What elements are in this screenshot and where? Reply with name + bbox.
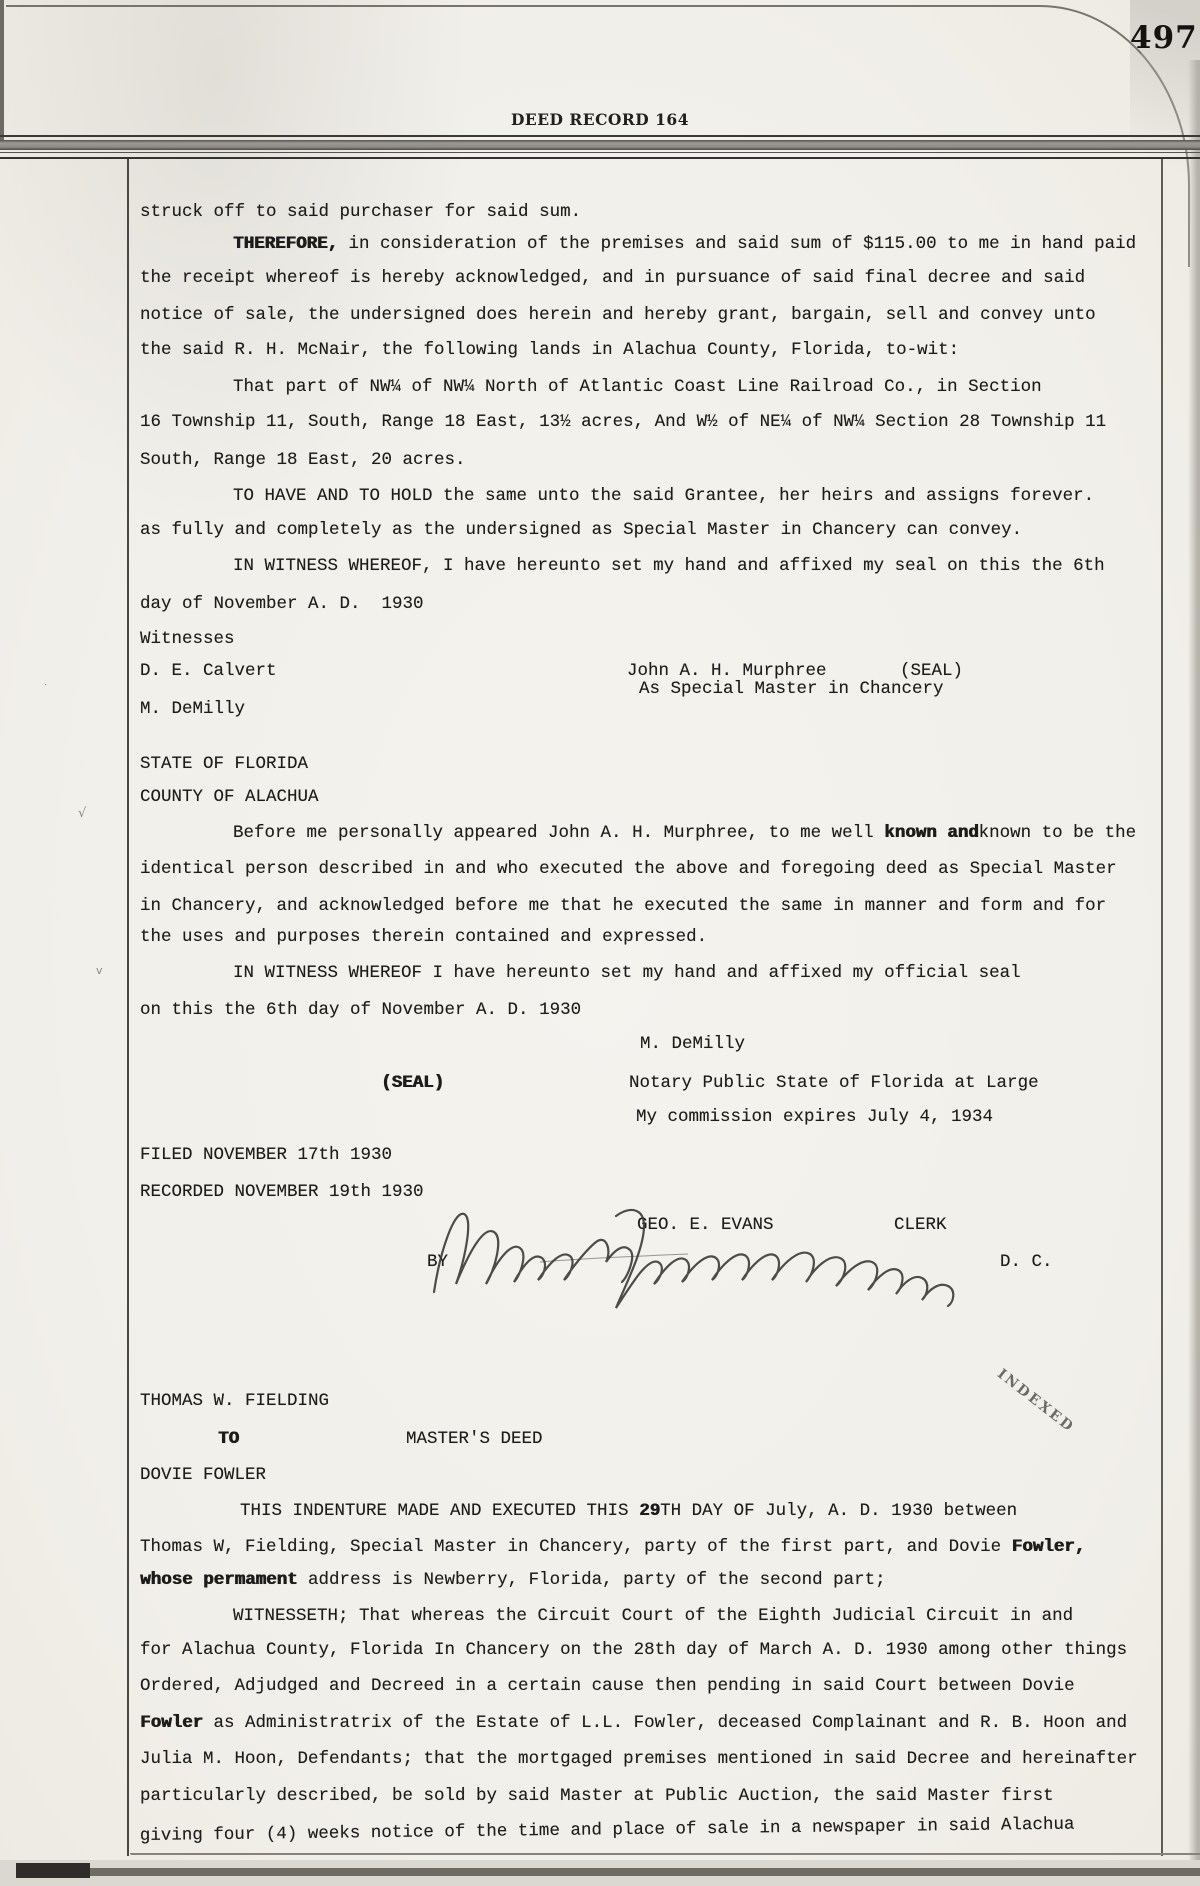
line-text: as Administratrix of the Estate of L.L. … xyxy=(203,1713,1127,1733)
grantee-name: DOVIE FOWLER xyxy=(140,1463,266,1487)
state-caption: STATE OF FLORIDA xyxy=(140,752,308,776)
line-text: known to be the xyxy=(979,823,1137,843)
notary-line: IN WITNESS WHEREOF I have hereunto set m… xyxy=(233,961,1021,985)
bold-word: THEREFORE, xyxy=(233,234,338,254)
notary-line: in Chancery, and acknowledged before me … xyxy=(140,894,1106,918)
page-right-edge xyxy=(1188,60,1200,1880)
deed-record-page: 497 DEED RECORD 164 struck off to said p… xyxy=(0,0,1200,1886)
line-text: Thomas W, Fielding, Special Master in Ch… xyxy=(140,1537,1012,1557)
bold-word: 29 xyxy=(639,1501,660,1521)
grantor-name: THOMAS W. FIELDING xyxy=(140,1389,329,1413)
deed-line: the said R. H. McNair, the following lan… xyxy=(140,338,959,362)
deed-line: the receipt whereof is hereby acknowledg… xyxy=(140,266,1085,290)
deed2-line: Ordered, Adjudged and Decreed in a certa… xyxy=(140,1674,1075,1698)
recorded-date: RECORDED NOVEMBER 19th 1930 xyxy=(140,1180,424,1204)
scan-bottom-rule xyxy=(90,1868,1200,1876)
scan-bottom-smudge xyxy=(16,1863,90,1878)
page-bottom-edge xyxy=(130,1853,1200,1855)
to-label: TO xyxy=(218,1427,239,1451)
indexed-stamp: INDEXED xyxy=(994,1366,1077,1436)
line-text: Before me personally appeared John A. H.… xyxy=(233,823,884,843)
deed2-line: Julia M. Hoon, Defendants; that the mort… xyxy=(140,1747,1138,1771)
notary-title: Notary Public State of Florida at Large xyxy=(629,1071,1039,1095)
line-text: TH DAY OF July, A. D. 1930 between xyxy=(660,1501,1017,1521)
header-rule xyxy=(0,152,1200,153)
bold-word: Fowler, xyxy=(1012,1537,1086,1557)
deed-line: 16 Township 11, South, Range 18 East, 13… xyxy=(140,410,1106,434)
filed-date: FILED NOVEMBER 17th 1930 xyxy=(140,1143,392,1167)
deed2-line: Thomas W, Fielding, Special Master in Ch… xyxy=(140,1535,1085,1559)
margin-mark: √ xyxy=(78,806,86,821)
deed2-line: THIS INDENTURE MADE AND EXECUTED THIS 29… xyxy=(240,1499,1017,1523)
notary-line: Before me personally appeared John A. H.… xyxy=(233,821,1136,845)
county-caption: COUNTY OF ALACHUA xyxy=(140,785,319,809)
deed-line: struck off to said purchaser for said su… xyxy=(140,200,581,224)
header-rule xyxy=(0,157,1200,159)
notary-line: the uses and purposes therein contained … xyxy=(140,925,707,949)
deed-line: day of November A. D. 1930 xyxy=(140,592,424,616)
notary-line: on this the 6th day of November A. D. 19… xyxy=(140,998,581,1022)
left-margin-rule xyxy=(127,159,129,1856)
book-title: DEED RECORD 164 xyxy=(0,110,1200,129)
margin-mark: v xyxy=(96,964,103,977)
deed-line: South, Range 18 East, 20 acres. xyxy=(140,448,466,472)
line-text: in consideration of the premises and sai… xyxy=(338,234,1136,254)
notary-line: identical person described in and who ex… xyxy=(140,857,1117,881)
commission-expiry: My commission expires July 4, 1934 xyxy=(636,1105,993,1129)
deed2-line: particularly described, be sold by said … xyxy=(140,1784,1054,1808)
witness-name: M. DeMilly xyxy=(140,697,245,721)
bold-word: Fowler xyxy=(140,1713,203,1733)
bold-word: whose permament xyxy=(140,1570,298,1590)
deed-line: as fully and completely as the undersign… xyxy=(140,518,1022,542)
deed2-line: Fowler as Administratrix of the Estate o… xyxy=(140,1711,1127,1735)
deed-line: THEREFORE, in consideration of the premi… xyxy=(233,232,1136,256)
signer-title: As Special Master in Chancery xyxy=(639,677,944,701)
notary-seal: (SEAL) xyxy=(381,1071,444,1095)
witnesses-label: Witnesses xyxy=(140,627,235,651)
margin-mark: ⋅ xyxy=(44,680,47,691)
deed-line: notice of sale, the undersigned does her… xyxy=(140,303,1096,327)
instrument-title: MASTER'S DEED xyxy=(406,1427,543,1451)
page-number: 497 xyxy=(1130,20,1198,56)
right-margin-rule xyxy=(1161,159,1163,1856)
deed2-line: whose permament address is Newberry, Flo… xyxy=(140,1568,886,1592)
deed2-line: giving four (4) weeks notice of the time… xyxy=(140,1813,1075,1848)
line-text: address is Newberry, Florida, party of t… xyxy=(298,1570,886,1590)
deed2-line: WITNESSETH; That whereas the Circuit Cou… xyxy=(233,1604,1073,1628)
deed-line: IN WITNESS WHEREOF, I have hereunto set … xyxy=(233,554,1105,578)
notary-name: M. DeMilly xyxy=(640,1032,745,1056)
deed-line: That part of NW¼ of NW¼ North of Atlanti… xyxy=(233,375,1042,399)
clerk-signature xyxy=(420,1192,1010,1312)
header-rule-thick xyxy=(0,140,1200,150)
witness-name: D. E. Calvert xyxy=(140,659,277,683)
deed2-line: for Alachua County, Florida In Chancery … xyxy=(140,1638,1127,1662)
bold-word: known and xyxy=(884,823,979,843)
deed-line: TO HAVE AND TO HOLD the same unto the sa… xyxy=(233,484,1094,508)
header-rule xyxy=(0,135,1200,137)
line-text: THIS INDENTURE MADE AND EXECUTED THIS xyxy=(240,1501,639,1521)
